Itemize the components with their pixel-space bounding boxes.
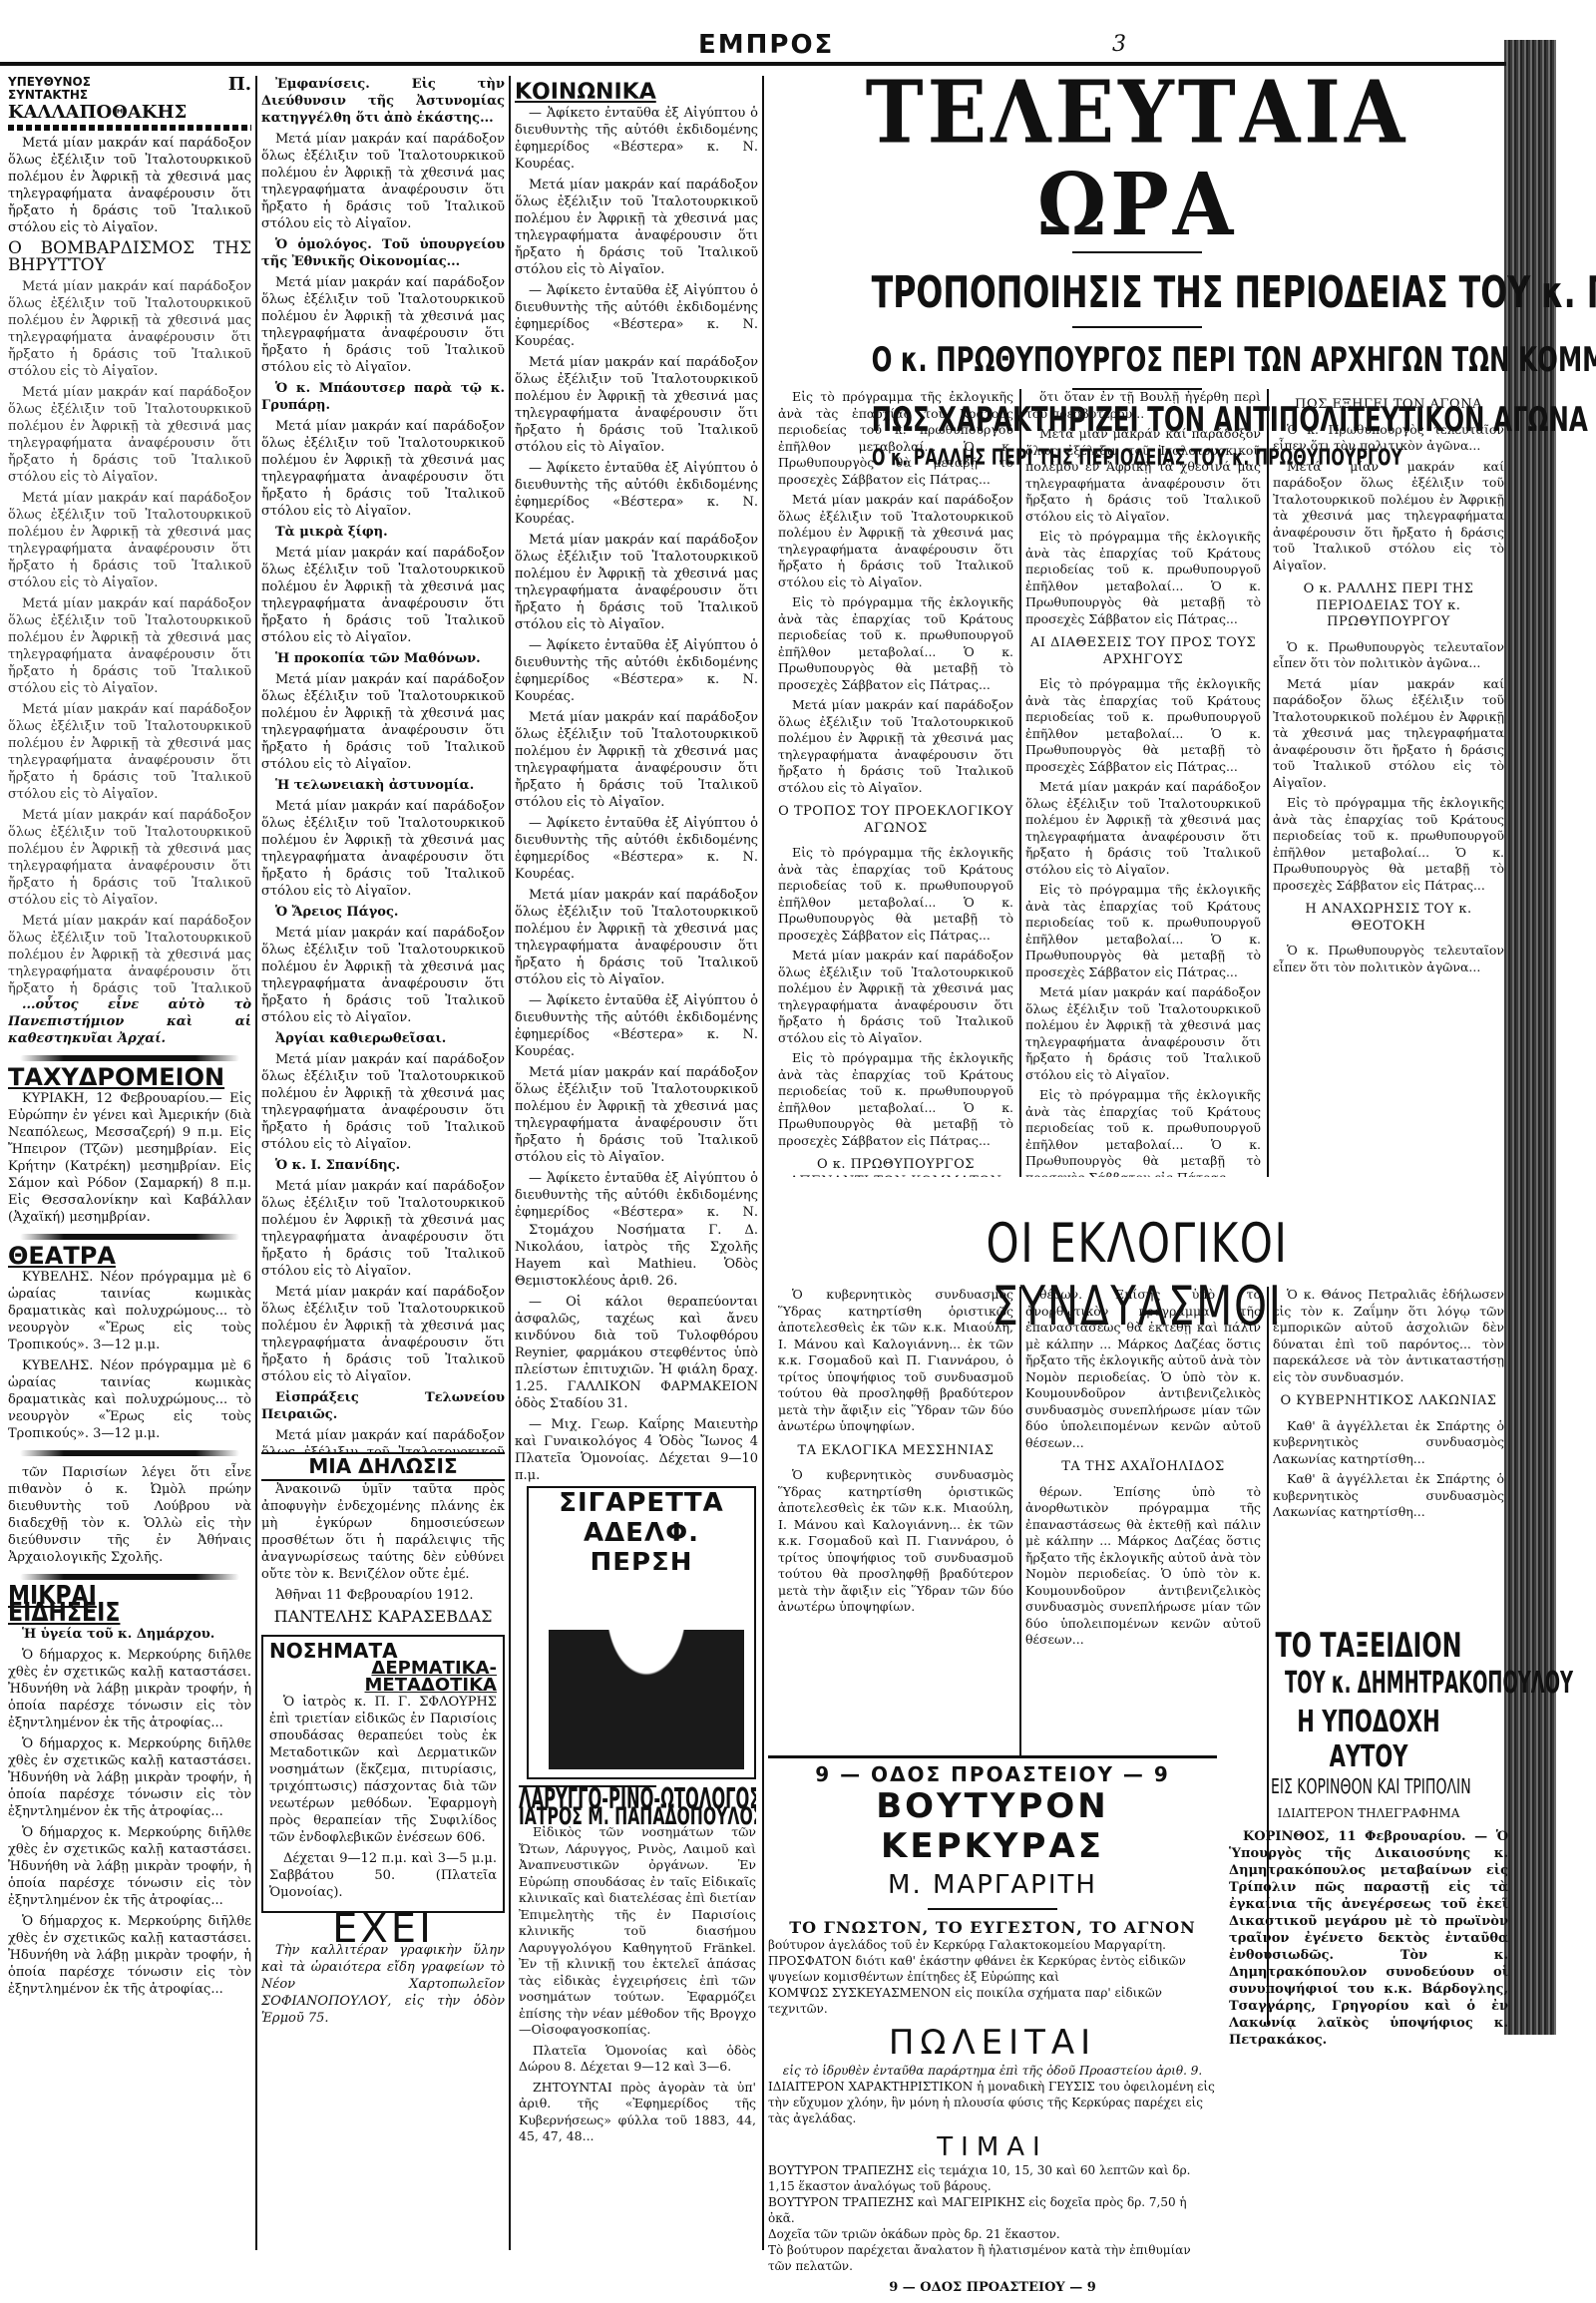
calluses-ad: — Οἱ κάλοι θεραπεύονται ἀσφαλῶς, ταχέως …: [515, 1294, 758, 1412]
butter-prices-heading: ΤΙΜΑΙ: [768, 2132, 1217, 2162]
trip-title-1: ΤΟ ΤΑΞΕΙΔΙΟΝ: [1271, 1626, 1466, 1666]
butter-owner: Μ. ΜΑΡΓΑΡΙΤΗ: [768, 1870, 1217, 1900]
subhead: Ο κ. ΠΡΩΘΥΠΟΥΡΓΟΣ ΑΠΕΝΑΝΤΙ ΤΩΝ ΚΟΜΜΑΤΩΝ: [778, 1157, 1013, 1177]
subhead: ΤΑ ΤΗΣ ΑΧΑΪΟΗΛΙΔΟΣ: [1025, 1459, 1261, 1476]
ent-text: Εἰδικὸς τῶν νοσημάτων τῶν Ὤτων, Λάρυγγος…: [519, 1824, 756, 2039]
trip-subhead: ΙΔΙΑΙΤΕΡΟΝ ΤΗΛΕΓΡΑΦΗΜΑ: [1229, 1806, 1508, 1820]
ad-hours: Δέχεται 9—12 π.μ. καὶ 3—5 μ.μ. Σαββάτου …: [269, 1850, 497, 1901]
news-text-more: Ὁ δήμαρχος κ. Μερκούρης διῆλθε χθὲς ἐν σ…: [8, 1735, 251, 1820]
declaration-text: Ἀνακοινῶ ὑμῖν ταῦτα πρὸς ἀποφυγὴν ἐνδεχο…: [261, 1481, 505, 1583]
lead-text: Μετά μίαν μακράν καί παράδοξον ὅλως ἐξέλ…: [8, 135, 251, 236]
theatres-heading: ΘΕΑΤΡΑ: [8, 1248, 251, 1265]
exei-text: Τὴν καλλιτέραν γραφικὴν ὕλην καὶ τὰ ὡραι…: [261, 1942, 505, 2027]
news-text-more: Ὁ δήμαρχος κ. Μερκούρης διῆλθε χθὲς ἐν σ…: [8, 1913, 251, 1998]
ent-address: Πλατεῖα Ὁμονοίας καὶ ὁδὸς Δώρου 8. Δέχετ…: [519, 2043, 756, 2076]
closing-text: ...οὗτος εἶνε αὐτὸ τὸ Πανεπιστήμιον καὶ …: [8, 996, 251, 1047]
column-rule: [1019, 1287, 1021, 1755]
ornament-divider: [8, 125, 251, 131]
cigarette-ad: ΣΙΓΑΡΕΤΤΑ ΑΔΕΛΦ. ΠΕΡΣΗ ΣΤΑΔΙΟΥ 19: [527, 1486, 756, 1779]
subhead: ΠΩΣ ΕΞΗΓΕΙ ΤΟΝ ΑΓΩΝΑ: [1273, 397, 1504, 414]
news-text: Ὁ δήμαρχος κ. Μερκούρης διῆλθε χθὲς ἐν σ…: [8, 1647, 251, 1731]
banner-headline: ΤΕΛΕΥΤΑΙΑ ΩΡΑ: [768, 68, 1506, 252]
column-rule: [1019, 389, 1021, 1177]
trip-story: ΤΟ ΤΑΞΕΙΔΙΟΝ ΤΟΥ κ. ΔΗΜΗΤΡΑΚΟΠΟΥΛΟΥ Η ΥΠ…: [1229, 1626, 1508, 2053]
butter-title: ΒΟΥΤΥΡΟΝ ΚΕΡΚΥΡΑΣ: [768, 1786, 1217, 1866]
subhead: Η ΑΝΑΧΩΡΗΣΙΣ ΤΟΥ κ. ΘΕΟΤΟΚΗ: [1273, 902, 1504, 935]
subhead: Ο ΚΥΒΕΡΝΗΤΙΚΟΣ ΛΑΚΩΝΙΑΣ: [1273, 1393, 1504, 1410]
lead-column-c: ΠΩΣ ΕΞΗΓΕΙ ΤΟΝ ΑΓΩΝΑ Ὁ κ. Πρωθυπουργὸς τ…: [1273, 389, 1504, 1177]
trip-text: ΚΟΡΙΝΘΟΣ, 11 Φεβρουαρίου. — Ὁ Ὑπουργὸς τ…: [1229, 1828, 1508, 2049]
theatres-text-more: ΚΥΒΕΛΗΣ. Νέον πρόγραμμα μὲ 6 ὡραίας ταιν…: [8, 1357, 251, 1442]
post-office-heading: ΤΑΧΥΔΡΟΜΕΙΟΝ: [8, 1069, 251, 1086]
column-rule: [255, 76, 257, 2250]
butter-price: Τὸ βούτυρον παρέχεται ἄναλατον ἢ ἡλατισμ…: [768, 2242, 1217, 2274]
column-rule: [509, 76, 511, 2250]
ent-doctor: ΙΑΤΡΟΣ Μ. ΠΑΠΑΔΟΠΟΥΛΟΣ: [519, 1808, 673, 1825]
news-text-more: Ὁ δήμαρχος κ. Μερκούρης διῆλθε χθὲς ἐν σ…: [8, 1824, 251, 1909]
butter-price: ΒΟΥΤΥΡΟΝ ΤΡΑΠΕΖΗΣ καὶ ΜΑΓΕΙΡΙΚΗΣ εἰς δοχ…: [768, 2194, 1217, 2226]
butter-line: εἰς τὸ ἱδρυθὲν ἐνταῦθα παράρτημα ἐπὶ τῆς…: [768, 2063, 1217, 2079]
trip-title-4: ΕΙΣ ΚΟΡΙΝΘΟΝ ΚΑΙ ΤΡΙΠΟΛΙΝ: [1271, 1774, 1466, 1798]
midwife-ad: — Μιχ. Γεωρ. Καΐρης Μαιευτὴρ καὶ Γυναικο…: [515, 1416, 758, 1484]
ornament-divider: [20, 1450, 239, 1456]
butter-street: 9 — ΟΔΟΣ ΠΡΟΑΣΤΕΙΟΥ — 9: [768, 1755, 1217, 1786]
item-heading: Ἐμφανίσεις. Εἰς τὴν Διεύθυνσιν τῆς Ἀστυν…: [261, 77, 505, 126]
butter-ad: 9 — ΟΔΟΣ ΠΡΟΑΣΤΕΙΟΥ — 9 ΒΟΥΤΥΡΟΝ ΚΕΡΚΥΡΑ…: [768, 1755, 1217, 2295]
inset-headline: Ο ΒΟΜΒΑΡΔΙΣΜΟΣ ΤΗΣ ΒΗΡΥΤΤΟΥ: [8, 240, 251, 274]
smoking-man-illustration: [549, 1570, 744, 1769]
butter-sold-heading: ΠΩΛΕΙΤΑΙ: [768, 2023, 1217, 2063]
ornament-divider: [20, 1055, 239, 1061]
elections-column-c: Ὁ κ. Θάνος Πετραλιᾶς ἐδήλωσεν εἰς τὸν κ.…: [1273, 1287, 1504, 1616]
column-2: Ἐμφανίσεις. Εἰς τὴν Διεύθυνσιν τῆς Ἀστυν…: [261, 76, 505, 2250]
ad-subheading: ΔΕΡΜΑΤΙΚΑ-ΜΕΤΑΔΟΤΙΚΑ: [269, 1660, 497, 1694]
butter-price: ΒΟΥΤΥΡΟΝ ΤΡΑΠΕΖΗΣ εἰς τεμάχια 10, 15, 30…: [768, 2162, 1217, 2194]
newspaper-page: ΕΜΠΡΟΣ 3 ΥΠΕΥΘΥΝΟΣ ΣΥΝΤΑΚΤΗΣ Π. ΚΑΛΛΑΠΟΘ…: [0, 0, 1556, 2303]
paris-note: τῶν Παρισίων λέγει ὅτι εἶνε πιθανὸν ὁ κ.…: [8, 1464, 251, 1566]
ad-text: Ὁ ἰατρὸς κ. Π. Γ. ΣΦΛΟΥΡΗΣ ἐπὶ τριετίαν …: [269, 1694, 497, 1846]
headline-1: ΤΡΟΠΟΠΟΙΗΣΙΣ ΤΗΣ ΠΕΡΙΟΔΕΙΑΣ ΤΟΥ κ. ΠΡΩΘΥ…: [872, 267, 1403, 318]
trip-title-2: ΤΟΥ κ. ΔΗΜΗΤΡΑΚΟΠΟΥΛΟΥ: [1285, 1666, 1452, 1701]
lead-column-b: ὅτι ὅταν ἐν τῇ Βουλῇ ἠγέρθη περὶ τοῦ πρε…: [1025, 389, 1261, 1177]
social-heading: ΚΟΙΝΩΝΙΚΑ: [515, 84, 758, 101]
subhead: ΤΑ ΕΚΛΟΓΙΚΑ ΜΕΣΣΗΝΙΑΣ: [778, 1443, 1013, 1460]
column-rule: [762, 76, 764, 2250]
ornament-divider: [20, 1234, 239, 1240]
butter-line: ΙΔΙΑΙΤΕΡΟΝ ΧΑΡΑΚΤΗΡΙΣΤΙΚΟΝ ἡ μοναδικὴ ΓΕ…: [768, 2079, 1217, 2126]
editor-label: ΥΠΕΥΘΥΝΟΣ ΣΥΝΤΑΚΤΗΣ: [8, 76, 98, 102]
subhead: ΑΙ ΔΙΑΘΕΣΕΙΣ ΤΟΥ ΠΡΟΣ ΤΟΥΣ ΑΡΧΗΓΟΥΣ: [1025, 635, 1261, 668]
ornament-divider: [20, 1574, 239, 1580]
butter-line: ΠΡΟΣΦΑΤΟΝ διότι καθ' ἑκάστην φθάνει ἐκ Κ…: [768, 1953, 1217, 1985]
lead-column-a: Εἰς τὸ πρόγραμμα τῆς ἐκλογικῆς ἀνὰ τὰς ἐ…: [778, 389, 1013, 1177]
declaration-heading: ΜΙΑ ΔΗΛΩΣΙΣ: [261, 1452, 505, 1481]
trip-title-3: Η ΥΠΟΔΟΧΗ ΑΥΤΟΥ: [1271, 1705, 1466, 1774]
newspaper-title: ΕΜΠΡΟΣ: [698, 30, 834, 60]
post-office-text: ΚΥΡΙΑΚΗ, 12 Φεβρουαρίου.— Εἰς Εὐρώπην ἐν…: [8, 1090, 251, 1226]
body-text-filler: Μετά μίαν μακράν καί παράδοξον ὅλως ἐξέλ…: [8, 278, 251, 996]
theatres-text: ΚΥΒΕΛΗΣ. Νέον πρόγραμμα μὲ 6 ὡραίας ταιν…: [8, 1269, 251, 1353]
headline-2: Ο κ. ΠΡΩΘΥΠΟΥΡΓΟΣ ΠΕΡΙ ΤΩΝ ΑΡΧΗΓΩΝ ΤΩΝ Κ…: [872, 340, 1403, 380]
dermatology-ad: ΝΟΣΗΜΑΤΑ ΔΕΡΜΑΤΙΚΑ-ΜΕΤΑΔΟΤΙΚΑ Ὁ ἰατρὸς κ…: [261, 1635, 505, 1913]
elections-column-a: Ὁ κυβερνητικὸς συνδυασμὸς Ὕδρας κατηρτίσ…: [778, 1287, 1013, 1745]
butter-line: ΚΟΜΨΩΣ ΣΥΣΚΕΥΑΣΜΕΝΟΝ εἰς ποικίλα σχήματα…: [768, 1985, 1217, 2017]
exei-heading: ΕΧΕΙ: [261, 1921, 505, 1938]
social-text: — Ἀφίκετο ἐνταῦθα ἐξ Αἰγύπτου ὁ διευθυντ…: [515, 105, 758, 173]
page-number: 3: [1112, 32, 1126, 57]
elections-column-b: θέρων. Ἐπίσης ὑπὸ τὸ ἀνορθωτικὸν πρόγραμ…: [1025, 1287, 1261, 1745]
cigarette-brand: ΣΙΓΑΡΕΤΤΑ ΑΔΕΛΦ. ΠΕΡΣΗ: [529, 1488, 754, 1578]
subhead: Ο ΤΡΟΠΟΣ ΤΟΥ ΠΡΟΕΚΛΟΓΙΚΟΥ ΑΓΩΝΟΣ: [778, 804, 1013, 837]
scan-edge: [1504, 40, 1556, 2035]
doctor-ad: Στομάχου Νοσήματα Γ. Δ. Νικολάου, ἰατρὸς…: [515, 1222, 758, 1290]
news-heading: ΜΙΚΡΑΙ ΕΙΔΗΣΕΙΣ: [8, 1588, 214, 1622]
column-1: ΥΠΕΥΘΥΝΟΣ ΣΥΝΤΑΚΤΗΣ Π. ΚΑΛΛΑΠΟΘΑΚΗΣ Μετά…: [8, 76, 251, 2250]
news-subheading: Ἡ ὑγεία τοῦ κ. Δημάρχου.: [8, 1626, 251, 1643]
butter-price: Δοχεῖα τῶν τριῶν ὀκάδων πρὸς δρ. 21 ἕκασ…: [768, 2226, 1217, 2242]
butter-footer: 9 — ΟΔΟΣ ΠΡΟΑΣΤΕΙΟΥ — 9: [768, 2280, 1217, 2295]
wanted-ad: ΖΗΤΟΥΝΤΑΙ πρὸς ἀγορὰν τὰ ὑπ' ἀριθ. τῆς «…: [519, 2080, 756, 2145]
declaration-signature: ΠΑΝΤΕΛΗΣ ΚΑΡΑΣΕΒΔΑΣ: [261, 1608, 505, 1625]
column-rule: [1267, 389, 1269, 1177]
ent-doctor-ad: ΛΑΡΥΓΓΟ-ΡΙΝΟ-ΩΤΟΛΟΓΟΣ ΙΑΤΡΟΣ Μ. ΠΑΠΑΔΟΠΟ…: [519, 1785, 756, 2149]
subhead: Ο κ. ΡΑΛΛΗΣ ΠΕΡΙ ΤΗΣ ΠΕΡΙΟΔΕΙΑΣ ΤΟΥ κ. Π…: [1273, 581, 1504, 631]
butter-line: βούτυρον ἀγελάδος τοῦ ἐν Κερκύρᾳ Γαλακτο…: [768, 1937, 1217, 1953]
butter-slogan: ΤΟ ΓΝΩΣΤΟΝ, ΤΟ ΕΥΓΕΣΤΟΝ, ΤΟ ΑΓΝΟΝ: [768, 1918, 1217, 1937]
declaration-date: Ἀθῆναι 11 Φεβρουαρίου 1912.: [261, 1587, 505, 1604]
